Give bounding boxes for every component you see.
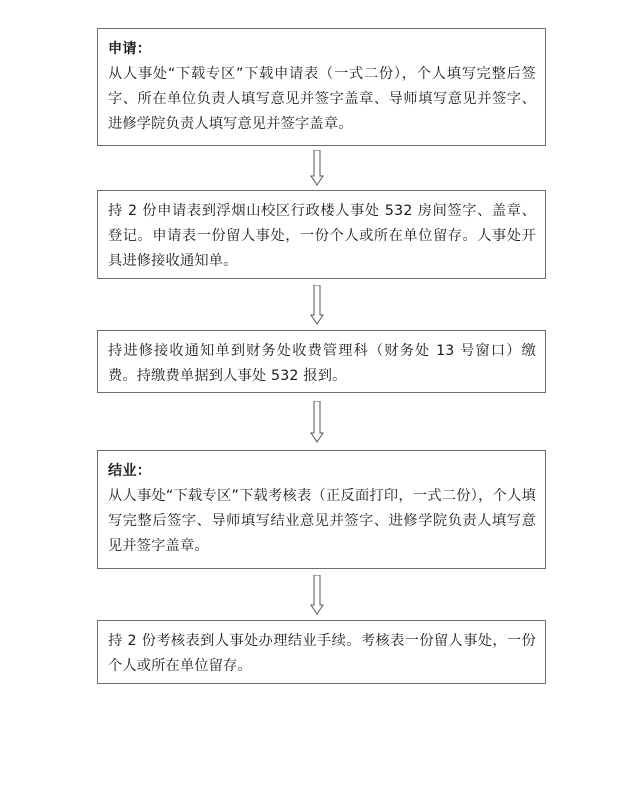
step-box-payment: 持进修接收通知单到财务处收费管理科（财务处 13 号窗口）缴费。持缴费单据到人事… <box>97 330 546 393</box>
down-arrow-icon <box>309 285 325 325</box>
step-box-completion: 结业： 从人事处“下载专区”下载考核表（正反面打印，一式二份），个人填写完整后签… <box>97 450 546 569</box>
step-text: 从人事处“下载专区”下载考核表（正反面打印，一式二份），个人填写完整后签字、导师… <box>108 484 536 559</box>
step-box-finish: 持 2 份考核表到人事处办理结业手续。考核表一份留人事处，一份个人或所在单位留存… <box>97 620 546 684</box>
down-arrow-icon <box>309 150 325 186</box>
step-text: 持 2 份考核表到人事处办理结业手续。考核表一份留人事处，一份个人或所在单位留存… <box>108 629 536 679</box>
down-arrow-icon <box>309 575 325 615</box>
step-box-apply: 申请： 从人事处“下载专区”下载申请表（一式二份），个人填写完整后签字、所在单位… <box>97 28 546 146</box>
step-text: 持进修接收通知单到财务处收费管理科（财务处 13 号窗口）缴费。持缴费单据到人事… <box>108 339 536 389</box>
step-text: 从人事处“下载专区”下载申请表（一式二份），个人填写完整后签字、所在单位负责人填… <box>108 62 536 137</box>
step-box-register: 持 2 份申请表到浮烟山校区行政楼人事处 532 房间签字、盖章、登记。申请表一… <box>97 190 546 279</box>
down-arrow-icon <box>309 401 325 443</box>
step-title: 结业： <box>108 459 536 484</box>
step-title: 申请： <box>108 37 536 62</box>
step-text: 持 2 份申请表到浮烟山校区行政楼人事处 532 房间签字、盖章、登记。申请表一… <box>108 199 536 274</box>
